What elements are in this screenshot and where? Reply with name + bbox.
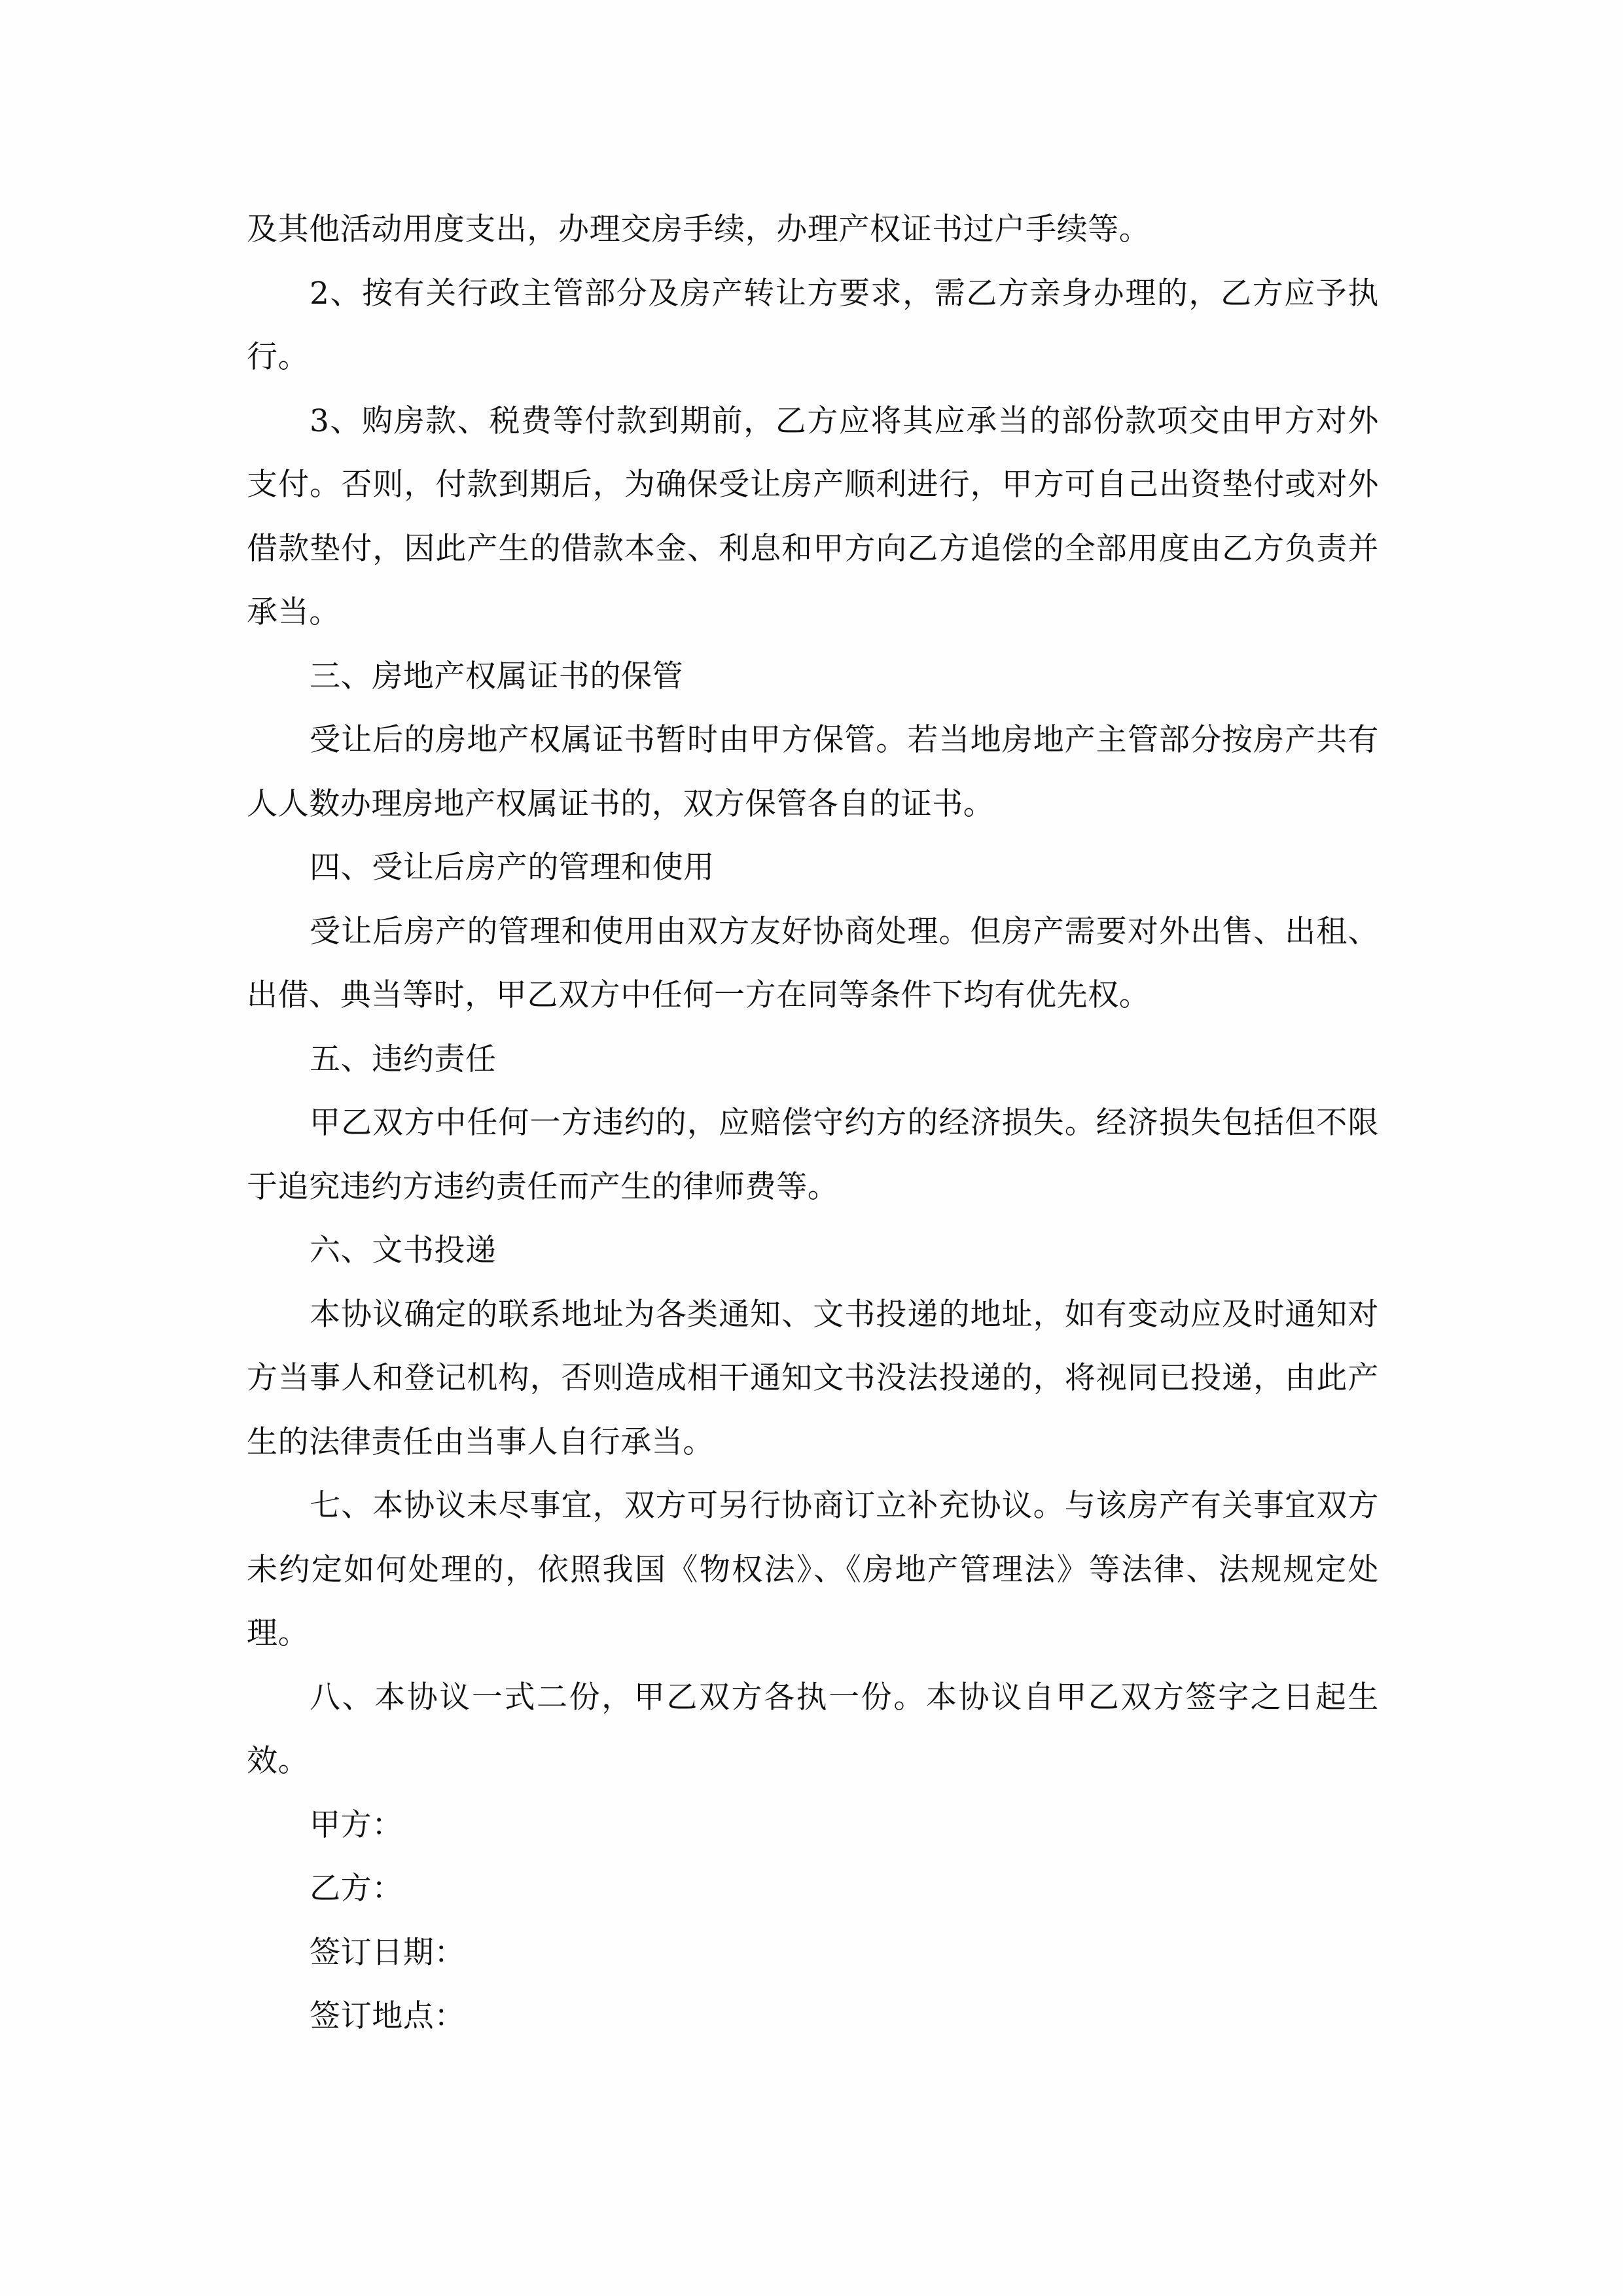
paragraph-continued: 及其他活动用度支出，办理交房手续，办理产权证书过户手续等。 (247, 198, 1379, 262)
paragraph-property-management: 受让后房产的管理和使用由双方友好协商处理。但房产需要对外出售、出租、出借、典当等… (247, 900, 1379, 1028)
paragraph-clause-7-supplementary: 七、本协议未尽事宜，双方可另行协商订立补充协议。与该房产有关事宜双方未约定如何处… (247, 1474, 1379, 1666)
section-heading-certificate-custody: 三、房地产权属证书的保管 (247, 645, 1379, 709)
paragraph-clause-8-copies: 八、本协议一式二份，甲乙双方各执一份。本协议自甲乙双方签字之日起生效。 (247, 1666, 1379, 1793)
section-heading-breach-liability: 五、违约责任 (247, 1028, 1379, 1092)
paragraph-certificate-custody: 受让后的房地产权属证书暂时由甲方保管。若当地房地产主管部分按房产共有人人数办理房… (247, 708, 1379, 836)
document-body: 及其他活动用度支出，办理交房手续，办理产权证书过户手续等。 2、按有关行政主管部… (247, 198, 1379, 2049)
sign-place-label: 签订地点： (247, 1984, 1379, 2049)
party-a-signature-label: 甲方： (247, 1793, 1379, 1857)
document-page: 及其他活动用度支出，办理交房手续，办理产权证书过户手续等。 2、按有关行政主管部… (0, 0, 1623, 2296)
section-heading-document-delivery: 六、文书投递 (247, 1219, 1379, 1283)
party-b-signature-label: 乙方： (247, 1857, 1379, 1921)
paragraph-clause-3: 3、购房款、税费等付款到期前，乙方应将其应承当的部份款项交由甲方对外支付。否则，… (247, 389, 1379, 645)
sign-date-label: 签订日期： (247, 1921, 1379, 1985)
section-heading-property-management: 四、受让后房产的管理和使用 (247, 836, 1379, 900)
paragraph-clause-2: 2、按有关行政主管部分及房产转让方要求，需乙方亲身办理的，乙方应予执行。 (247, 262, 1379, 389)
paragraph-document-delivery: 本协议确定的联系地址为各类通知、文书投递的地址，如有变动应及时通知对方当事人和登… (247, 1283, 1379, 1475)
paragraph-breach-liability: 甲乙双方中任何一方违约的，应赔偿守约方的经济损失。经济损失包括但不限于追究违约方… (247, 1091, 1379, 1219)
signature-block: 甲方： 乙方： 签订日期： 签订地点： (247, 1793, 1379, 2049)
